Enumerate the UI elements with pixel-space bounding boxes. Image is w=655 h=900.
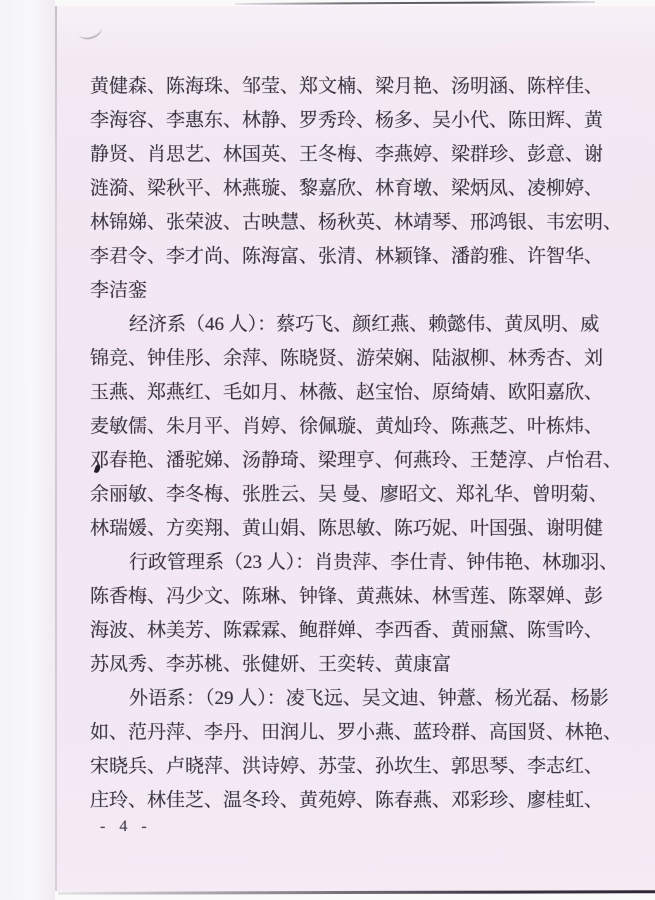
text-line: 林锦娣、张荣波、古映慧、杨秋英、林靖琴、邢鸿银、韦宏明、 bbox=[90, 206, 571, 240]
page-top-edge-line bbox=[235, 1, 595, 5]
text-line: 海波、林美芳、陈霖霖、鲍群婵、李西香、黄丽黛、陈雪吟、 bbox=[90, 614, 571, 648]
text-line: 苏凤秀、李苏桃、张健妍、王奕转、黄康富 bbox=[90, 648, 571, 682]
text-line: 宋晓兵、卢晓萍、洪诗婷、苏莹、孙坎生、郭思琴、李志红、 bbox=[90, 750, 571, 784]
text-line: 涟漪、梁秋平、林燕璇、黎嘉欣、林育墩、梁炳凤、凌柳婷、 bbox=[90, 172, 571, 206]
page-number: - 4 - bbox=[100, 818, 152, 836]
name-list-text-block: 黄健森、陈海珠、邹莹、郑文楠、梁月艳、汤明涵、陈梓佳、李海容、李惠东、林静、罗秀… bbox=[90, 70, 571, 818]
page-bottom-edge-line bbox=[58, 890, 655, 895]
text-line: 经济系（46 人）：蔡巧飞、颜红燕、赖懿伟、黄凤明、威 bbox=[90, 308, 571, 342]
text-line: 麦敏儒、朱月平、肖婷、徐佩璇、黄灿玲、陈燕芝、叶栋炜、 bbox=[90, 410, 571, 444]
text-line: 邓春艳、潘驼娣、汤静琦、梁理亨、何燕玲、王楚淳、卢怡君、 bbox=[90, 444, 571, 478]
text-line: 李洁銮 bbox=[90, 274, 571, 308]
scanner-bed-strip bbox=[0, 0, 55, 900]
text-line: 行政管理系（23 人）：肖贵萍、李仕青、钟伟艳、林珈羽、 bbox=[90, 546, 571, 580]
scanned-document: 黄健森、陈海珠、邹莹、郑文楠、梁月艳、汤明涵、陈梓佳、李海容、李惠东、林静、罗秀… bbox=[0, 0, 655, 900]
text-line: 锦竞、钟佳彤、余萍、陈晓贤、游荣娴、陆淑柳、林秀杏、刘 bbox=[90, 342, 571, 376]
text-line: 如、范丹萍、李丹、田润儿、罗小燕、蓝玲群、高国贤、林艳、 bbox=[90, 716, 571, 750]
text-line: 余丽敏、李冬梅、张胜云、吴 曼、廖昭文、郑礼华、曾明菊、 bbox=[90, 478, 571, 512]
text-line: 李君令、李才尚、陈海富、张清、林颖锋、潘韵雅、许智华、 bbox=[90, 240, 571, 274]
text-line: 李海容、李惠东、林静、罗秀玲、杨多、吴小代、陈田辉、黄 bbox=[90, 104, 571, 138]
text-line: 黄健森、陈海珠、邹莹、郑文楠、梁月艳、汤明涵、陈梓佳、 bbox=[90, 70, 571, 104]
text-line: 陈香梅、冯少文、陈琳、钟锋、黄燕妹、林雪莲、陈翠婵、彭 bbox=[90, 580, 571, 614]
text-line: 玉燕、郑燕红、毛如月、林薇、赵宝怡、原绮婧、欧阳嘉欣、 bbox=[90, 376, 571, 410]
text-line: 静贤、肖思艺、林国英、王冬梅、李燕婷、梁群珍、彭意、谢 bbox=[90, 138, 571, 172]
text-line: 林瑞媛、方奕翔、黄山娟、陈思敏、陈巧妮、叶国强、谢明健 bbox=[90, 512, 571, 546]
text-line: 外语系：（29 人）：凌飞远、吴文迪、钟薏、杨光磊、杨影 bbox=[90, 682, 571, 716]
text-line: 庄玲、林佳芝、温冬玲、黄苑婷、陈春燕、邓彩珍、廖桂虹、 bbox=[90, 784, 571, 818]
